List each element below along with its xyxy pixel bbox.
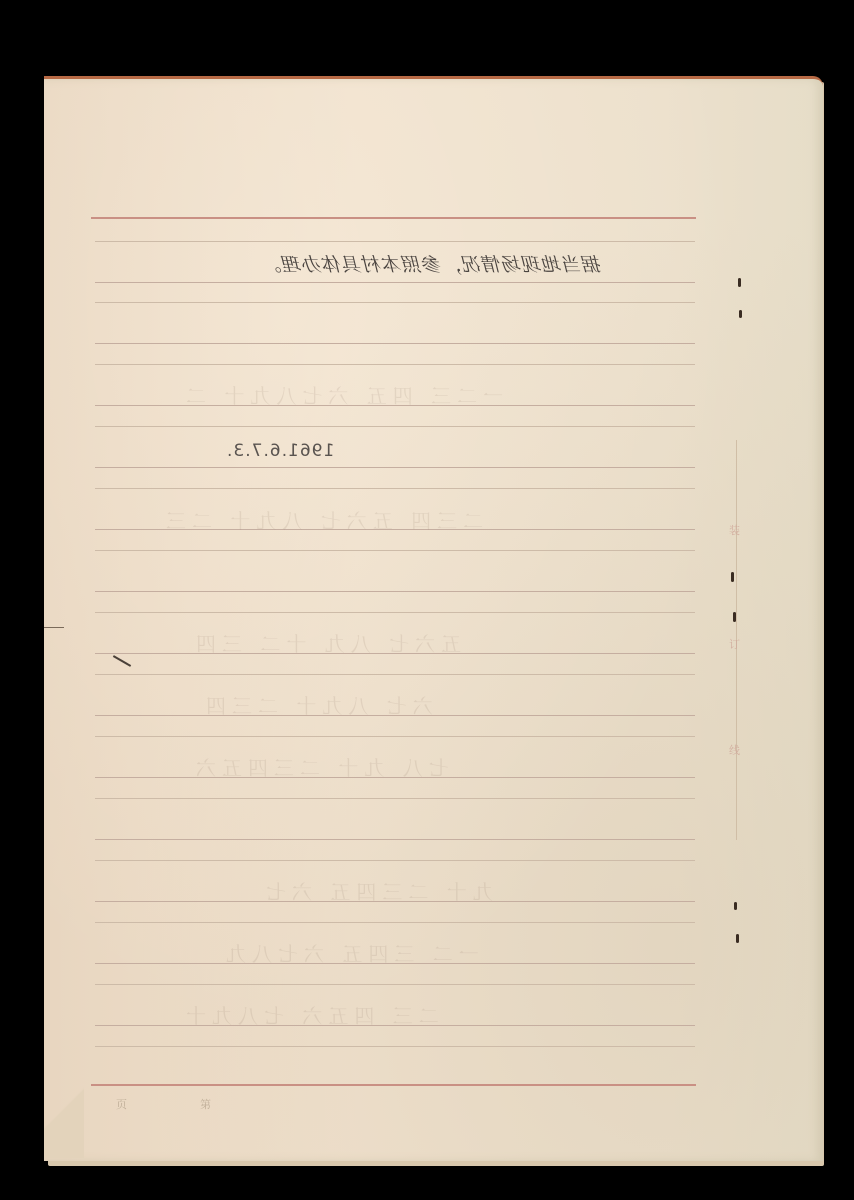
punch-hole: [738, 278, 741, 287]
ruled-line: [95, 798, 695, 799]
bottom-red-rule: [91, 1084, 696, 1086]
ruled-line: [95, 860, 695, 861]
bleed-through-text: 一二 三四五 六七八九: [220, 938, 479, 967]
ruled-line: [95, 241, 695, 242]
punch-hole: [739, 310, 742, 318]
punch-hole: [731, 572, 734, 582]
handwritten-heading: 据当地现场情况，参照本村具体办理。: [262, 250, 602, 277]
folded-corner: [44, 1062, 84, 1158]
ruled-line: [95, 984, 695, 985]
bleed-through-text: 二三四 五六七 八九十 二三: [160, 505, 483, 534]
ruled-line: [95, 1046, 695, 1047]
bleed-through-text: 一二三 四五 六七八九十 二: [180, 380, 503, 409]
ruled-line: [95, 736, 695, 737]
document-page: [44, 76, 823, 1161]
ruled-line: [95, 839, 695, 840]
ruled-line: [95, 302, 695, 303]
ruled-line: [95, 612, 695, 613]
ruled-line: [95, 674, 695, 675]
punch-hole: [733, 612, 736, 622]
bleed-through-text: 二三 四五六 七八九十: [180, 1000, 439, 1029]
top-red-rule: [91, 217, 696, 219]
ruled-line: [95, 364, 695, 365]
margin-label-char: 装: [729, 522, 740, 538]
ruled-line: [95, 488, 695, 489]
ruled-line: [95, 922, 695, 923]
footer-page-label: 页: [116, 1096, 127, 1112]
punch-hole: [734, 902, 737, 910]
margin-label-char: 线: [729, 742, 740, 758]
bleed-through-text: 六七 八九十 二三四: [200, 690, 433, 719]
margin-label-char: 订: [729, 636, 740, 652]
bleed-through-text: 五六七 八九 十二 三四: [190, 628, 461, 657]
bleed-through-text: 七八 九十 二三四五六: [190, 752, 449, 781]
ruled-line: [95, 591, 695, 592]
ruled-line: [95, 467, 695, 468]
handwritten-date: 1961.6.7.3.: [226, 441, 334, 461]
footer-number-label: 第: [200, 1096, 211, 1112]
edge-mark: [44, 627, 64, 628]
ruled-line: [95, 550, 695, 551]
ruled-line: [95, 426, 695, 427]
ruled-line: [95, 343, 695, 344]
ruled-line: [95, 282, 695, 283]
bleed-through-text: 九十 二三四五 六七: [260, 876, 493, 905]
punch-hole: [736, 934, 739, 943]
